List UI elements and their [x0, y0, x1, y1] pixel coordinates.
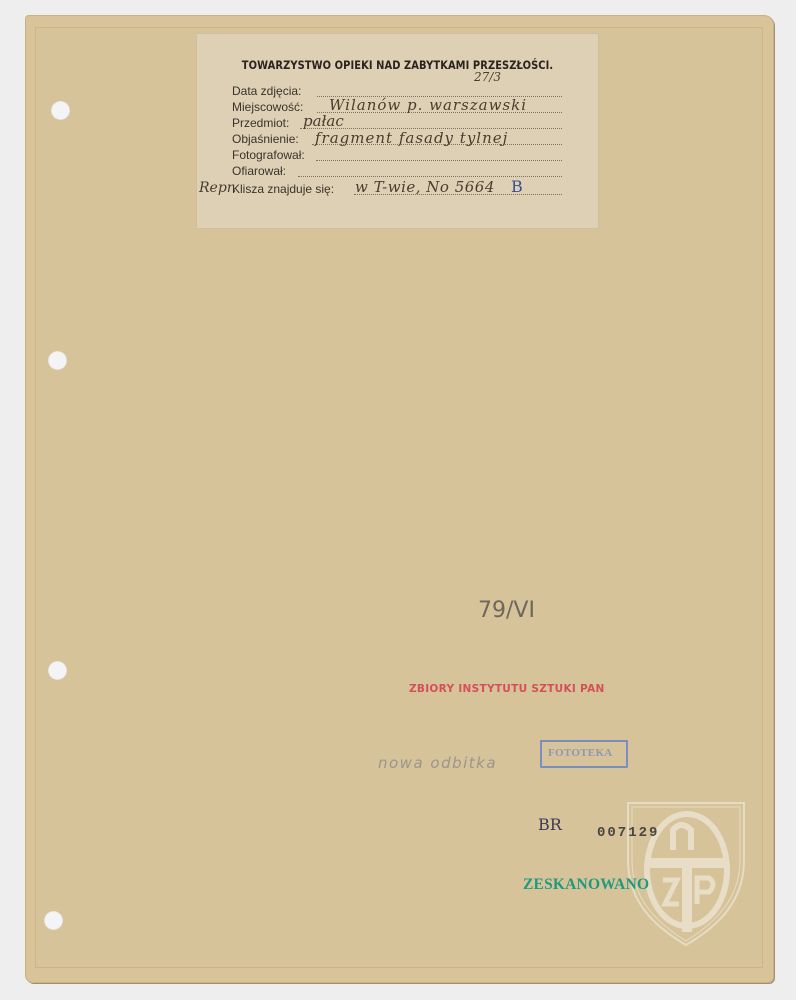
inventory-number: 007129	[597, 825, 659, 841]
field-label: Objaśnienie:	[232, 132, 299, 146]
handwritten-place: Wilanów p. warszawski	[329, 96, 527, 114]
handwritten-suffix-b: B	[511, 177, 523, 196]
punch-hole	[48, 351, 67, 370]
field-label: Fotografował:	[232, 148, 305, 162]
field-label: Ofiarował:	[232, 164, 286, 178]
field-label: Klisza znajduje się:	[232, 182, 334, 196]
handwritten-repr-note: Repr.	[199, 180, 236, 196]
field-label: Data zdjęcia:	[232, 84, 301, 98]
punch-hole	[44, 911, 63, 930]
field-label: Miejscowość:	[232, 100, 303, 114]
punch-hole	[51, 101, 70, 120]
handwritten-negative-location: w T-wie, No 5664	[355, 178, 495, 196]
institute-stamp: ZBIORY INSTYTUTU SZTUKI PAN	[409, 683, 605, 695]
handwritten-subject: pałac	[303, 112, 344, 130]
info-label: TOWARZYSTWO OPIEKI NAD ZABYTKAMI PRZESZŁ…	[196, 33, 599, 229]
label-title: TOWARZYSTWO OPIEKI NAD ZABYTKAMI PRZESZŁ…	[225, 58, 570, 72]
punch-hole	[48, 661, 67, 680]
dotted-line	[316, 160, 562, 161]
fototeka-stamp-text: FOTOTEKA	[548, 747, 613, 759]
scanned-stamp: ZESKANOWANO	[523, 876, 649, 894]
monogram-shield-watermark	[625, 800, 747, 948]
field-photographer: Fotografował:	[232, 148, 562, 163]
pencil-note-new-print: nowa odbitka	[378, 754, 497, 772]
field-label: Przedmiot:	[232, 116, 289, 130]
handwritten-description: fragment fasady tylnej	[315, 129, 508, 147]
pencil-catalog-number: 79/VI	[478, 598, 535, 623]
fototeka-stamp: FOTOTEKA	[540, 740, 628, 768]
br-mark: BR	[538, 815, 562, 834]
handwritten-date: 27/3	[474, 70, 501, 84]
